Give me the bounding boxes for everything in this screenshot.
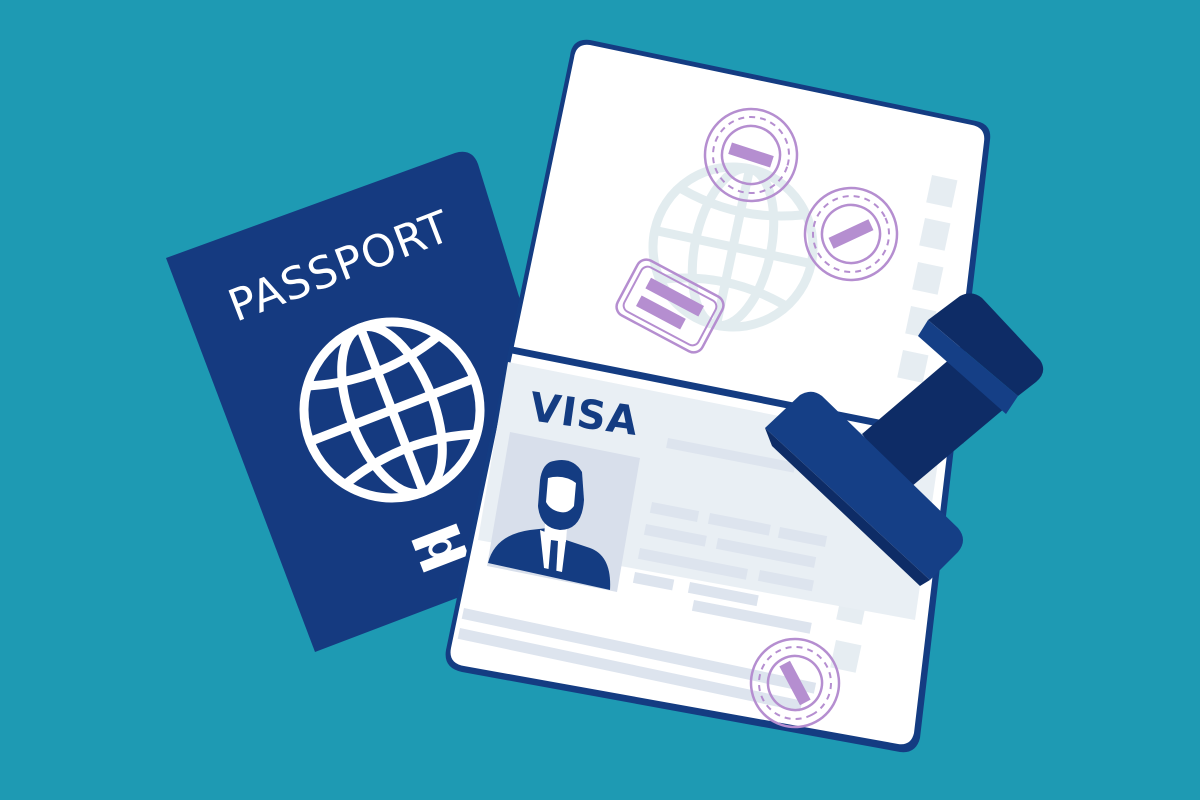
passport-visa-illustration: PASSPORT — [0, 0, 1200, 800]
visa-photo — [487, 432, 640, 592]
illustration-canvas: PASSPORT — [0, 0, 1200, 800]
